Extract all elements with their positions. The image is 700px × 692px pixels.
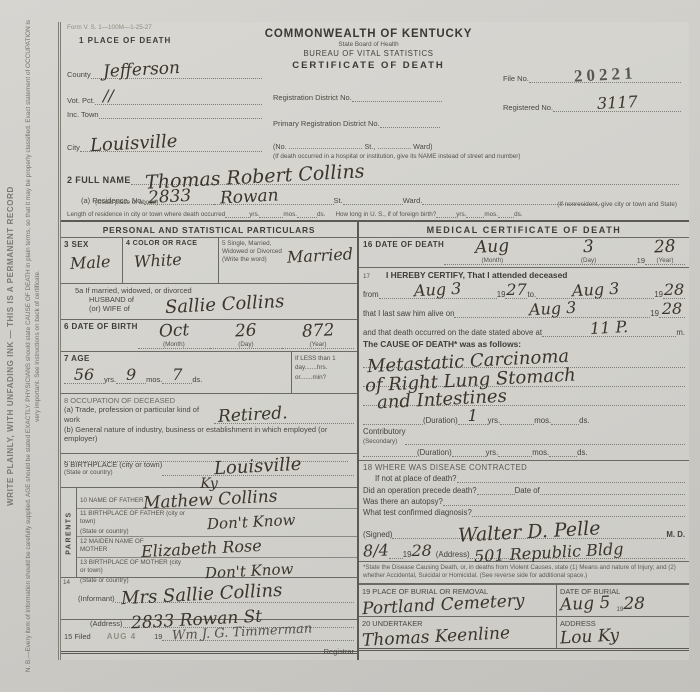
spouse-value: Sallie Collins: [165, 293, 285, 317]
ward-label: Ward.: [403, 196, 423, 205]
registration-district-label: Registration District No.: [273, 93, 352, 102]
date-of-label: Date of: [515, 486, 540, 495]
operation-label: Did an operation precede death?: [363, 486, 477, 495]
last-saw-label: that I last saw him alive on: [363, 309, 454, 318]
date-of-death-row: 16 DATE OF DEATH Aug(Month) 3(Day) 19 28…: [359, 238, 689, 268]
age-ds-label: ds.: [192, 375, 202, 384]
address-label: (Address): [436, 550, 470, 559]
vot-pct-value: //: [103, 86, 114, 105]
death-occurred-label: and that death occurred on the date stat…: [363, 328, 542, 337]
dob-day-label: (Day): [210, 341, 282, 348]
sex-value: Male: [70, 254, 111, 272]
marital-cell: 5 Single, Married, Widowed or Divorced (…: [219, 238, 357, 283]
vot-pct-row: Vot. Pct. //: [67, 86, 262, 105]
vot-pct-label: Vot. Pct.: [67, 96, 95, 105]
dod-month: Aug: [475, 238, 510, 257]
mother-name-label: 12 MAIDEN NAME OF MOTHER: [80, 538, 144, 554]
primary-registration-label: Primary Registration District No.: [273, 119, 380, 128]
sex-label: 3 SEX: [64, 240, 119, 249]
informant-row: 14 (Informant) Mrs Sallie Collins (Addre…: [61, 578, 357, 620]
registrar-signature: Wm J. G. Timmerman: [172, 622, 313, 642]
spouse-row: 5a If married, widowed, or divorced HUSB…: [61, 284, 357, 320]
primary-registration-row: Primary Registration District No.: [273, 118, 523, 128]
undertaker-address-label: ADDRESS: [560, 619, 686, 628]
race-cell: 4 COLOR OR RACE White: [123, 238, 219, 283]
age-label: 7 AGE: [64, 354, 288, 363]
birthplace-label: 9 BIRTHPLACE (city or town): [64, 460, 162, 469]
father-name-label: 10 NAME OF FATHER: [80, 497, 144, 505]
foreign-yrs: yrs.: [456, 211, 466, 218]
inc-town-label: Inc. Town: [67, 110, 99, 119]
duration2-yrs: yrs.: [486, 448, 499, 457]
birthplace-sub: (State or country): [64, 469, 162, 476]
to-label: to.: [527, 290, 536, 299]
burial-place-cell: 19 PLACE OF BURIAL OR REMOVAL Portland C…: [359, 585, 557, 616]
city-row: City Louisville: [67, 132, 262, 152]
to-date: Aug 3: [571, 281, 619, 299]
commonwealth-title: COMMONWEALTH OF KENTUCKY: [236, 28, 501, 40]
parents-row: PARENTS 10 NAME OF FATHER Mathew Collins…: [61, 488, 357, 578]
last-saw-year: 28: [662, 299, 682, 318]
nonresident-note: (If nonresident, give city or town and S…: [557, 201, 677, 208]
medical-column: MEDICAL CERTIFICATE OF DEATH 16 DATE OF …: [359, 222, 689, 660]
dob-label: 6 DATE OF BIRTH: [64, 322, 138, 331]
certificate-title: CERTIFICATE OF DEATH: [236, 60, 501, 71]
from-year: 27: [506, 280, 526, 299]
footnote-block: *State the Disease Causing Death, or, in…: [359, 562, 689, 585]
burial-date-value: Aug 5: [560, 594, 611, 614]
file-no-value: 20221: [573, 63, 636, 86]
parents-fields: 10 NAME OF FATHER Mathew Collins 11 BIRT…: [77, 488, 357, 577]
duration-label: (Duration): [423, 416, 458, 425]
dob-year-label: (Year): [282, 341, 354, 348]
birthplace-city: Louisville: [214, 456, 302, 479]
county-value: Jefferson: [102, 60, 180, 81]
length-mos: mos.: [283, 211, 297, 218]
disease-contracted-label: 18 WHERE WAS DISEASE CONTRACTED: [363, 463, 685, 472]
filed-row: 15 Filed AUG 4 19 Wm J. G. Timmerman Reg…: [61, 620, 357, 654]
mother-name-value: Elizabeth Rose: [141, 538, 262, 560]
less-than-day-label: If LESS than 1 day.......hrs. or.......m…: [295, 354, 354, 382]
registration-district-row: Registration District No.: [273, 92, 523, 102]
foreign-mos: mos.: [484, 211, 498, 218]
dod-month-label: (Month): [444, 257, 540, 264]
no-st-ward-line: (No. ...................................…: [273, 142, 673, 151]
death-certificate-scan: WRITE PLAINLY, WITH UNFADING INK — THIS …: [0, 0, 700, 692]
occupation-b-label: (b) General nature of industry, business…: [64, 425, 354, 444]
from-label: from: [363, 290, 379, 299]
marital-value: Married: [287, 246, 354, 265]
form-number: Form V. S. 1—100M—1-25-27: [67, 24, 152, 31]
registrar-label: Registrar: [64, 647, 354, 656]
duration-yrs: yrs.: [488, 416, 501, 425]
city-value: Louisville: [90, 133, 178, 156]
age-row: 7 AGE 56 yrs. 9 mos. 7 ds. If LESS than …: [61, 352, 357, 394]
county-row: County Jefferson: [67, 60, 262, 79]
inc-town-row: Inc. Town: [67, 110, 262, 119]
dob-day: 26: [235, 322, 258, 340]
informant-label: (Informant): [64, 594, 115, 603]
mother-name-field: 12 MAIDEN NAME OF MOTHER Elizabeth Rose: [77, 537, 357, 558]
father-bp-value: Don't Know: [207, 513, 296, 533]
certify-statement: I HEREBY CERTIFY, That I attended deceas…: [386, 270, 567, 280]
dob-row: 6 DATE OF BIRTH Oct(Month) 26(Day) 872(Y…: [61, 320, 357, 352]
file-number-block: File No. 20221 Registered No. 3117: [503, 62, 681, 112]
test-label: What test confirmed diagnosis?: [363, 508, 472, 517]
duration-value: 1: [468, 406, 478, 425]
duration-mos: mos.: [534, 416, 551, 425]
undertaker-row: 20 UNDERTAKER Thomas Keenline ADDRESS Lo…: [359, 617, 689, 651]
duration-ds: ds.: [579, 416, 589, 425]
dod-day-label: (Day): [540, 257, 636, 264]
marital-label: 5 Single, Married, Widowed or Divorced (…: [222, 240, 292, 265]
form-header: Form V. S. 1—100M—1-25-27 1 PLACE OF DEA…: [61, 22, 689, 220]
sex-cell: 3 SEX Male: [61, 238, 123, 283]
certify-no: 17: [363, 273, 370, 280]
signed-label: (Signed): [363, 530, 392, 539]
personal-column: PERSONAL AND STATISTICAL PARTICULARS 3 S…: [61, 222, 359, 660]
father-bp-sub: (State or country): [80, 528, 188, 535]
registered-no-value: 3117: [596, 94, 638, 112]
informant-no: 14: [63, 579, 70, 586]
duration2-label: (Duration): [417, 448, 452, 457]
from-year-prefix: 19: [497, 290, 506, 299]
parents-tab: PARENTS: [61, 488, 77, 577]
race-label: 4 COLOR OR RACE: [126, 240, 215, 247]
undertaker-value: Thomas Keenline: [362, 625, 511, 650]
dod-year: 28: [654, 238, 677, 256]
hospital-note: (If death occurred in a hospital or inst…: [273, 153, 683, 160]
city-label: City: [67, 143, 80, 152]
foreign-ds: ds.: [514, 211, 522, 218]
full-name-label: 2 FULL NAME: [67, 175, 131, 185]
st-label: St.: [334, 196, 343, 205]
to-year: 28: [664, 280, 684, 299]
duration2-mos: mos.: [532, 448, 549, 457]
bureau: BUREAU OF VITAL STATISTICS: [236, 49, 501, 58]
residence-street-value: Rowan: [219, 187, 278, 207]
occupation-row: 8 OCCUPATION OF DECEASED (a) Trade, prof…: [61, 394, 357, 454]
age-yrs-value: 56: [74, 365, 94, 384]
dob-year: 872: [301, 322, 334, 341]
file-no-label: File No.: [503, 74, 529, 83]
duration2-ds: ds.: [577, 448, 587, 457]
dob-month: Oct: [158, 322, 189, 341]
undertaker-address-cell: ADDRESS Lou Ky: [557, 617, 689, 648]
title-block: COMMONWEALTH OF KENTUCKY State Board of …: [236, 28, 501, 71]
age-yrs-label: yrs.: [104, 375, 116, 384]
father-bp-label: 11 BIRTHPLACE OF FATHER (city or town): [80, 510, 188, 526]
full-name-row: 2 FULL NAME Thomas Robert Collins: [67, 164, 679, 185]
dod-year-label: (Year): [645, 257, 685, 264]
sex-race-marital-row: 3 SEX Male 4 COLOR OR RACE White 5 Singl…: [61, 238, 357, 284]
length-yrs: yrs.: [249, 211, 259, 218]
length-label: Length of residence in city or town wher…: [67, 211, 225, 218]
burial-date-cell: DATE OF BURIAL Aug 5 19 28: [557, 585, 689, 616]
cause-footnote: *State the Disease Causing Death, or, in…: [363, 564, 685, 581]
filed-label: 15 Filed: [64, 632, 91, 641]
undertaker-address-value: Lou Ky: [560, 627, 620, 647]
age-cell: 7 AGE 56 yrs. 9 mos. 7 ds.: [61, 352, 291, 393]
father-name-field: 10 NAME OF FATHER Mathew Collins: [77, 488, 357, 509]
last-saw-date: Aug 3: [528, 300, 576, 318]
not-at-place-label: If not at place of death?: [375, 474, 457, 483]
length-ds: ds.: [317, 211, 325, 218]
informant-value: Mrs Sallie Collins: [120, 582, 282, 608]
medical-section-title: MEDICAL CERTIFICATE OF DEATH: [359, 222, 689, 238]
burial-row: 19 PLACE OF BURIAL OR REMOVAL Portland C…: [359, 585, 689, 617]
state-board: State Board of Health: [236, 41, 501, 48]
disease-contracted-block: 18 WHERE WAS DISEASE CONTRACTED If not a…: [359, 461, 689, 562]
occupation-value: Retired.: [218, 405, 288, 426]
dod-year-prefix: 19: [637, 256, 645, 265]
burial-year-value: 28: [623, 596, 645, 613]
dod-label: 16 DATE OF DEATH: [363, 240, 444, 249]
place-of-death-label: 1 PLACE OF DEATH: [79, 36, 171, 45]
personal-section-title: PERSONAL AND STATISTICAL PARTICULARS: [61, 222, 357, 238]
signed-year: 28: [411, 543, 431, 559]
parents-label: PARENTS: [65, 511, 72, 554]
less-than-day-cell: If LESS than 1 day.......hrs. or.......m…: [291, 352, 357, 393]
margin-note-nb: N. B.—Every item of information should b…: [24, 14, 42, 678]
secondary-label: (Secondary): [363, 438, 397, 445]
undertaker-cell: 20 UNDERTAKER Thomas Keenline: [359, 617, 557, 648]
contributory-label: Contributory: [363, 427, 405, 436]
md-label: M. D.: [666, 530, 685, 539]
filed-date-stamp: AUG 4: [107, 632, 136, 641]
burial-place-value: Portland Cemetery: [362, 592, 525, 617]
father-birthplace-field: 11 BIRTHPLACE OF FATHER (city or town) (…: [77, 509, 357, 537]
birthplace-row: 9 BIRTHPLACE (city or town) (State or co…: [61, 454, 357, 488]
length-of-residence-row: Length of residence in city or town wher…: [67, 208, 679, 218]
last-saw-year-prefix: 19: [650, 309, 659, 318]
race-value: White: [134, 252, 183, 270]
mother-bp-label: 13 BIRTHPLACE OF MOTHER (city or town): [80, 559, 188, 575]
filed-year-prefix: 19: [154, 632, 162, 641]
dod-day: 3: [583, 239, 595, 257]
abode-note: (Usual place of abode): [95, 199, 158, 206]
from-date: Aug 3: [414, 281, 462, 299]
margin-note-permanent-record: WRITE PLAINLY, WITH UNFADING INK — THIS …: [6, 10, 18, 682]
age-mos-value: 9: [126, 365, 136, 384]
age-ds-value: 7: [172, 365, 182, 384]
county-label: County: [67, 70, 91, 79]
occupation-a-label: (a) Trade, profession or particular kind…: [64, 405, 214, 424]
dob-month-label: (Month): [138, 341, 210, 348]
occupation-label: 8 OCCUPATION OF DECEASED: [64, 396, 354, 405]
m-label: m.: [676, 328, 685, 337]
foreign-label: How long in U. S., if of foreign birth?: [335, 211, 436, 218]
columns: PERSONAL AND STATISTICAL PARTICULARS 3 S…: [61, 220, 689, 660]
registered-no-label: Registered No.: [503, 103, 553, 112]
to-year-prefix: 19: [654, 290, 663, 299]
age-mos-label: mos.: [146, 375, 162, 384]
death-time: 11 P.: [590, 319, 629, 337]
certify-block: 17 I HEREBY CERTIFY, That I attended dec…: [359, 268, 689, 461]
signed-date: 8/4: [363, 542, 390, 559]
autopsy-label: Was there an autopsy?: [363, 497, 443, 506]
certificate-form: Form V. S. 1—100M—1-25-27 1 PLACE OF DEA…: [58, 22, 689, 660]
